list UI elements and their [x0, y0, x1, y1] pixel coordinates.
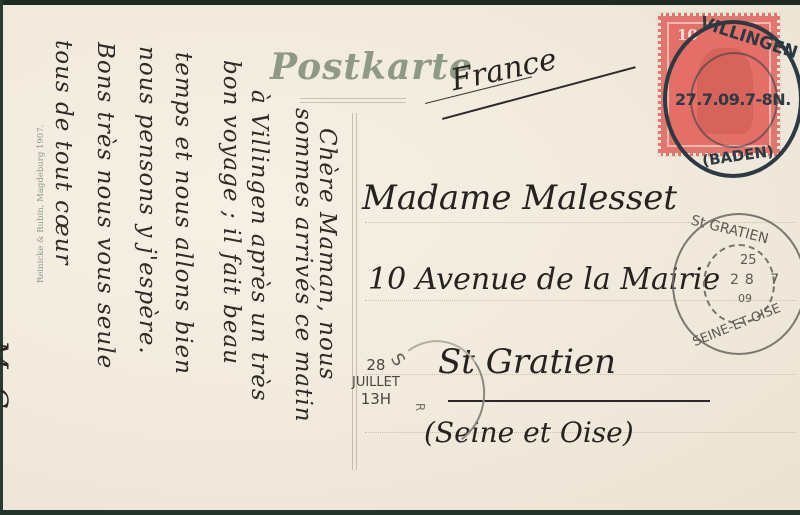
partial-cancel-sub: R [413, 403, 427, 411]
signature: M. G. [0, 340, 14, 417]
postmark-date: 27.7.09.7-8N. [675, 90, 791, 109]
fr-postmark-year: 09 [738, 292, 752, 305]
address-line-2: 10 Avenue de la Mairie [368, 262, 720, 297]
postkarte-title: Postkarte [270, 46, 473, 88]
message-line-3: à Villingen après un très [246, 90, 272, 402]
address-line-1: Madame Malesset [362, 178, 677, 218]
fr-postmark-date: 28 7 [730, 272, 785, 288]
message-line-8: tous de tout cœur [50, 40, 76, 266]
divider-vertical [352, 113, 357, 470]
message-line-6: nous pensons y j'espère. [134, 46, 160, 355]
fr-postmark-time: 25 [740, 253, 757, 268]
message-line-2: sommes arrivés ce matin [290, 108, 316, 423]
publisher-imprint: Reinicke & Rubin, Magdeburg 1907. [36, 53, 46, 283]
message-line-7: Bons très nous vous seule [92, 42, 118, 369]
message-line-1: Chère Maman, nous [314, 128, 340, 380]
divider-horizontal [300, 98, 406, 103]
address-underline [448, 400, 710, 402]
message-line-4: bon voyage ; il fait beau [218, 60, 244, 365]
message-line-5: temps et nous allons bien [170, 52, 196, 375]
card-bottom-edge [0, 510, 800, 515]
